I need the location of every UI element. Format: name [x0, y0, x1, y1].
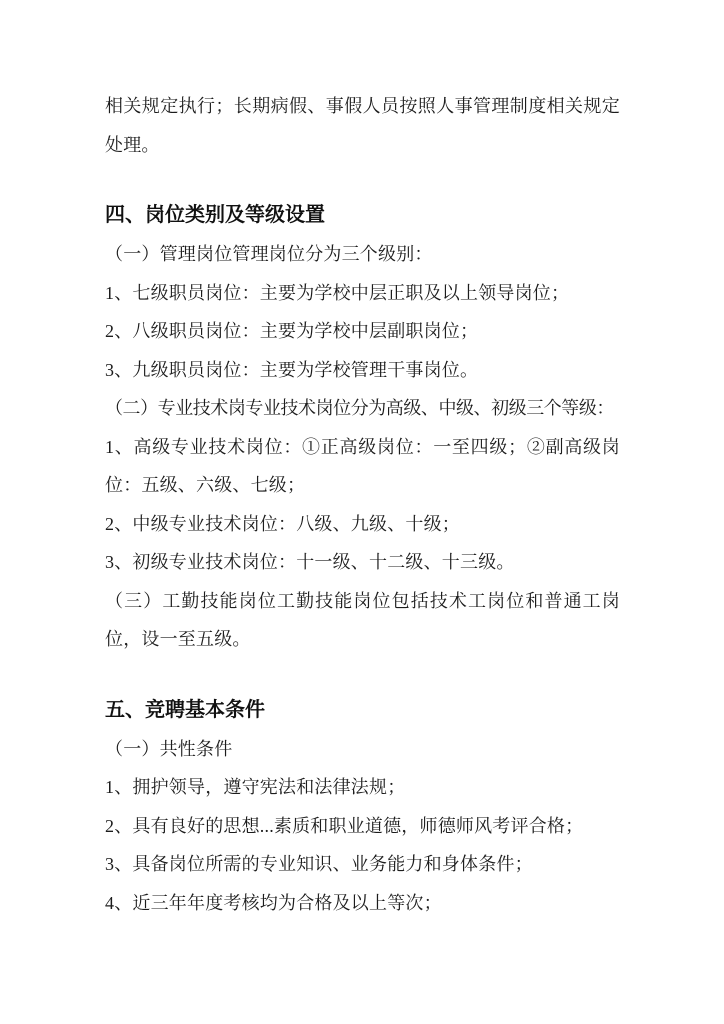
section-four-item-grade7: 1、七级职员岗位：主要为学校中层正职及以上领导岗位；: [105, 274, 620, 313]
section-five-item-4: 4、近三年年度考核均为合格及以上等次；: [105, 884, 620, 923]
section-four-item-grade9: 3、九级职员岗位：主要为学校管理干事岗位。: [105, 351, 620, 390]
paragraph-gap: [105, 164, 620, 195]
section-four-item-senior-line-1: 1、高级专业技术岗位：①正高级岗位：一至四级；②副高级岗: [105, 428, 620, 467]
section-four-item-intermediate: 2、中级专业技术岗位：八级、九级、十级；: [105, 505, 620, 544]
section-four-heading: 四、岗位类别及等级设置: [105, 195, 620, 235]
section-four-item-worker-line-1: （三）工勤技能岗位工勤技能岗位包括技术工岗位和普通工岗: [105, 582, 620, 621]
intro-paragraph-line-2: 处理。: [105, 126, 620, 165]
section-four-item-professional: （二）专业技术岗专业技术岗位分为高级、中级、初级三个等级：: [105, 389, 620, 428]
section-four-item-grade8: 2、八级职员岗位：主要为学校中层副职岗位；: [105, 312, 620, 351]
document-page: 相关规定执行；长期病假、事假人员按照人事管理制度相关规定 处理。 四、岗位类别及…: [0, 0, 724, 1024]
section-five-item-2: 2、具有良好的思想...素质和职业道德，师德师风考评合格；: [105, 807, 620, 846]
section-five-item-3: 3、具备岗位所需的专业知识、业务能力和身体条件；: [105, 845, 620, 884]
section-four-item-worker-line-2: 位，设一至五级。: [105, 620, 620, 659]
intro-paragraph-line-1: 相关规定执行；长期病假、事假人员按照人事管理制度相关规定: [105, 87, 620, 126]
section-four-item-senior-line-2: 位：五级、六级、七级；: [105, 466, 620, 505]
paragraph-gap: [105, 659, 620, 690]
section-four-item-junior: 3、初级专业技术岗位：十一级、十二级、十三级。: [105, 543, 620, 582]
section-five-item-1: 1、拥护领导，遵守宪法和法律法规；: [105, 768, 620, 807]
section-four-item-management: （一）管理岗位管理岗位分为三个级别：: [105, 235, 620, 274]
section-five-heading: 五、竞聘基本条件: [105, 690, 620, 730]
section-five-item-common: （一）共性条件: [105, 730, 620, 769]
